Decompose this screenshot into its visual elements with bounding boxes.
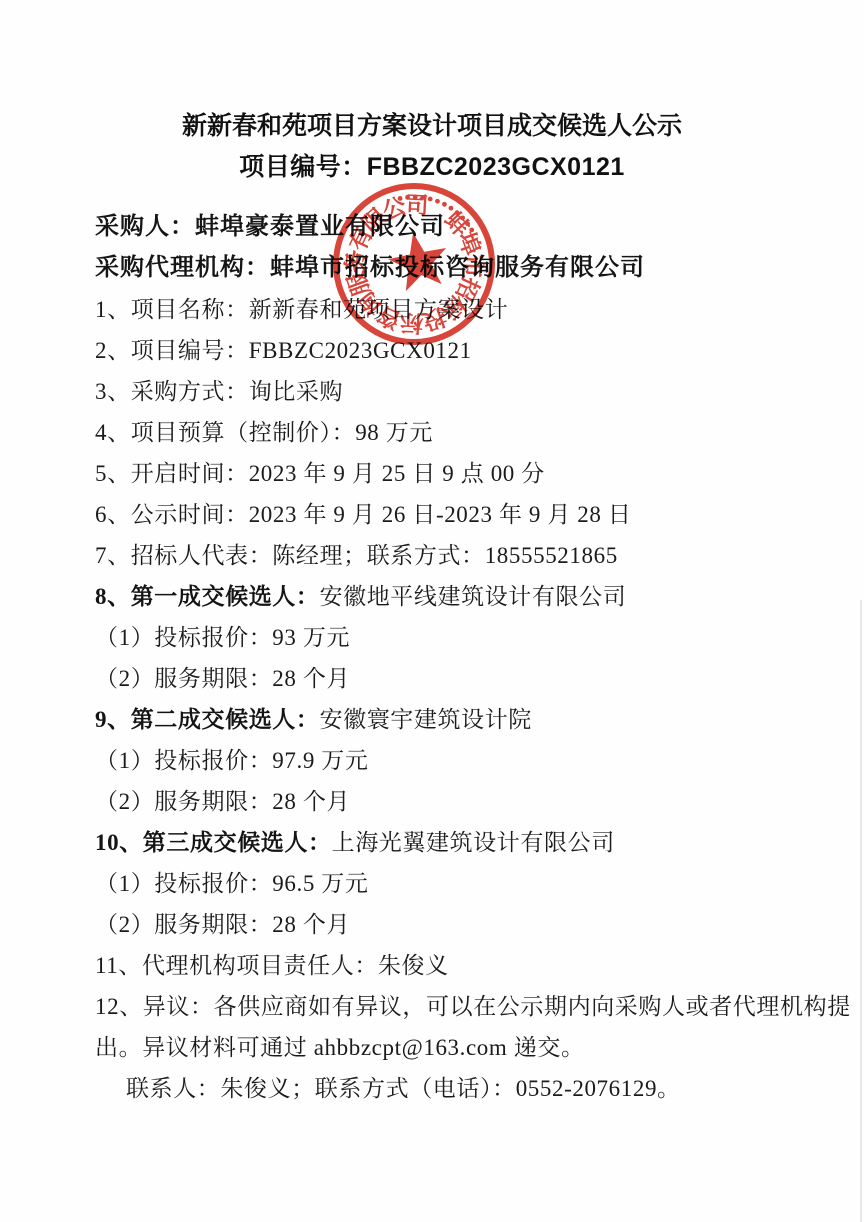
buyer-line: 采购人：蚌埠豪泰置业有限公司 <box>95 207 835 248</box>
candidate-2-price: （1）投标报价：97.9 万元 <box>95 740 835 781</box>
candidate-3-title: 10、第三成交候选人：上海光翼建筑设计有限公司 <box>95 822 835 863</box>
candidate-3-term: （2）服务期限：28 个月 <box>95 904 835 945</box>
info-line-project-number: 2、项目编号：FBBZC2023GCX0121 <box>95 330 835 371</box>
info-line-budget: 4、项目预算（控制价）：98 万元 <box>95 412 835 453</box>
info-line-representative: 7、招标人代表：陈经理；联系方式：18555521865 <box>95 535 835 576</box>
candidate-2-rank-label: 9、第二成交候选人： <box>95 707 320 732</box>
page-title: 新新春和苑项目方案设计项目成交候选人公示 <box>0 106 864 142</box>
info-line-project-name: 1、项目名称：新新春和苑项目方案设计 <box>95 289 835 330</box>
info-line-publicity-period: 6、公示时间：2023 年 9 月 26 日-2023 年 9 月 28 日 <box>95 494 835 535</box>
objection-line-1: 12、异议：各供应商如有异议，可以在公示期内向采购人或者代理机构提 <box>95 986 835 1027</box>
contact-line: 联系人：朱俊义；联系方式（电话）：0552-2076129。 <box>95 1068 835 1109</box>
candidate-1-term: （2）服务期限：28 个月 <box>95 658 835 699</box>
agency-manager-line: 11、代理机构项目责任人：朱俊义 <box>95 945 835 986</box>
info-line-procurement-method: 3、采购方式：询比采购 <box>95 371 835 412</box>
candidate-1-rank-label: 8、第一成交候选人： <box>95 584 320 609</box>
candidate-3-price: （1）投标报价：96.5 万元 <box>95 863 835 904</box>
objection-line-2: 出。异议材料可通过 ahbbzcpt@163.com 递交。 <box>95 1027 835 1068</box>
candidate-2-term: （2）服务期限：28 个月 <box>95 781 835 822</box>
project-number-heading: 项目编号：FBBZC2023GCX0121 <box>0 147 864 183</box>
scanned-announcement-page: 新新春和苑项目方案设计项目成交候选人公示 项目编号：FBBZC2023GCX01… <box>0 0 864 1222</box>
candidate-2-name: 安徽寰宇建筑设计院 <box>320 707 532 732</box>
candidate-1-price: （1）投标报价：93 万元 <box>95 617 835 658</box>
candidate-3-name: 上海光翼建筑设计有限公司 <box>332 830 615 855</box>
candidate-2-title: 9、第二成交候选人：安徽寰宇建筑设计院 <box>95 699 835 740</box>
info-line-opening-time: 5、开启时间：2023 年 9 月 25 日 9 点 00 分 <box>95 453 835 494</box>
candidate-1-name: 安徽地平线建筑设计有限公司 <box>320 584 627 609</box>
document-body: 采购人：蚌埠豪泰置业有限公司 采购代理机构：蚌埠市招标投标咨询服务有限公司 1、… <box>95 207 835 1109</box>
agency-line: 采购代理机构：蚌埠市招标投标咨询服务有限公司 <box>95 248 835 289</box>
candidate-1-title: 8、第一成交候选人：安徽地平线建筑设计有限公司 <box>95 576 835 617</box>
candidate-3-rank-label: 10、第三成交候选人： <box>95 830 332 855</box>
scan-edge-artifact <box>860 600 862 1222</box>
